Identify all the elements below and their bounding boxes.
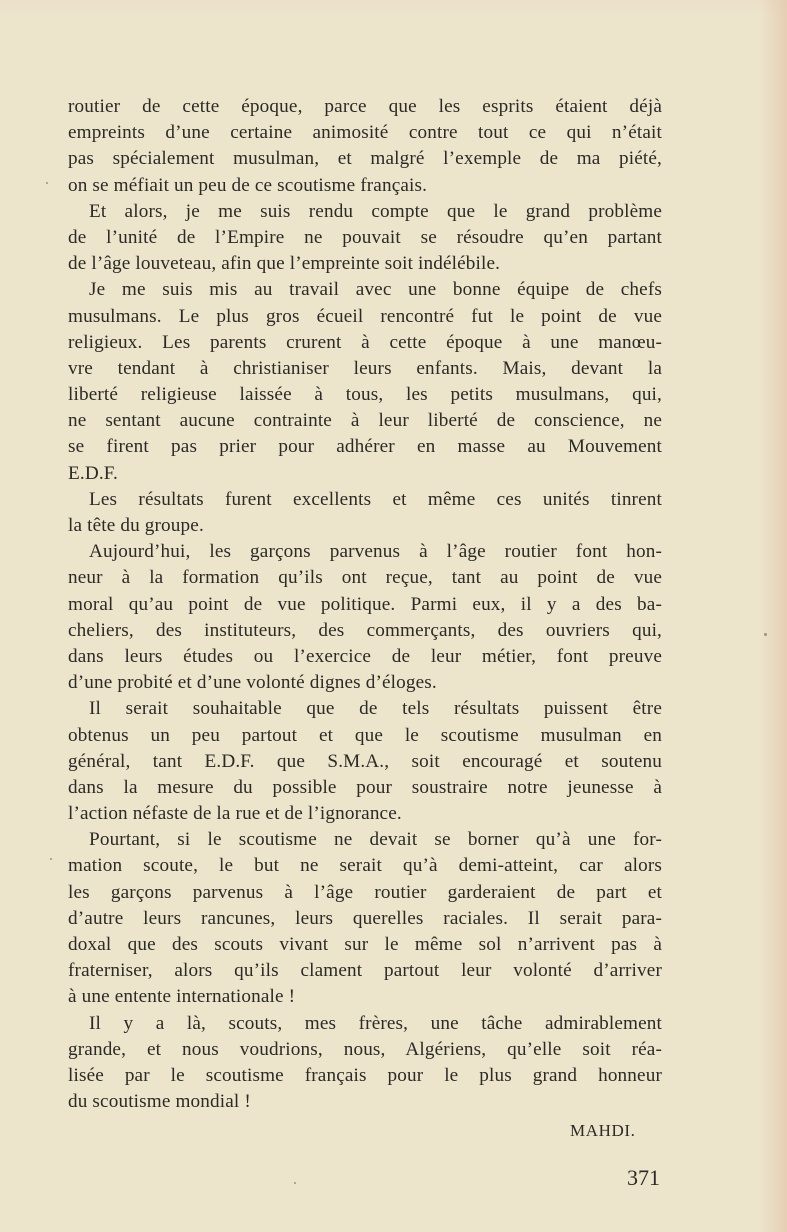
text-line: Pourtant, si le scoutisme ne devait se b… [68,827,662,853]
text-line: Les résultats furent excellents et même … [68,487,662,513]
scan-speck [50,858,52,860]
text-line: se firent pas prier pour adhérer en mass… [68,434,662,460]
text-line: musulmans. Le plus gros écueil rencontré… [68,304,662,330]
text-line: les garçons parvenus à l’âge routier gar… [68,880,662,906]
scanned-page: routier de cette époque, parce que les e… [0,0,787,1232]
text-line: ne sentant aucune contrainte à leur libe… [68,408,662,434]
text-line: neur à la formation qu’ils ont reçue, ta… [68,565,662,591]
text-line: obtenus un peu partout et que le scoutis… [68,723,662,749]
text-line: dans leurs études ou l’exercice de leur … [68,644,662,670]
paragraph: Je me suis mis au travail avec une bonne… [68,277,662,487]
text-line: la tête du groupe. [68,513,662,539]
text-line: à une entente internationale ! [68,984,662,1010]
text-line: moral qu’au point de vue politique. Parm… [68,592,662,618]
text-line: d’une probité et d’une volonté dignes d’… [68,670,662,696]
text-line: E.D.F. [68,461,662,487]
paragraph: Il serait souhaitable que de tels résult… [68,696,662,827]
text-line: mation scoute, le but ne serait qu’à dem… [68,853,662,879]
text-line: du scoutisme mondial ! [68,1089,662,1115]
text-line: Aujourd’hui, les garçons parvenus à l’âg… [68,539,662,565]
scan-speck [764,633,767,636]
text-line: doxal que des scouts vivant sur le même … [68,932,662,958]
text-line: lisée par le scoutisme français pour le … [68,1063,662,1089]
text-line: fraterniser, alors qu’ils clament partou… [68,958,662,984]
text-line: d’autre leurs rancunes, leurs querelles … [68,906,662,932]
text-line: de l’unité de l’Empire ne pouvait se rés… [68,225,662,251]
paragraph: Les résultats furent excellents et même … [68,487,662,539]
text-line: routier de cette époque, parce que les e… [68,94,662,120]
text-line: de l’âge louveteau, afin que l’empreinte… [68,251,662,277]
text-line: cheliers, des instituteurs, des commerça… [68,618,662,644]
text-line: général, tant E.D.F. que S.M.A., soit en… [68,749,662,775]
text-line: Il serait souhaitable que de tels résult… [68,696,662,722]
paragraph: Et alors, je me suis rendu compte que le… [68,199,662,278]
text-line: Et alors, je me suis rendu compte que le… [68,199,662,225]
scan-speck [294,1182,296,1184]
paragraph: Il y a là, scouts, mes frères, une tâche… [68,1011,662,1116]
text-line: dans la mesure du possible pour soustrai… [68,775,662,801]
text-line: on se méfiait un peu de ce scoutisme fra… [68,173,662,199]
text-line: pas spécialement musulman, et malgré l’e… [68,146,662,172]
text-line: empreints d’une certaine animosité contr… [68,120,662,146]
text-line: vre tendant à christianiser leurs enfant… [68,356,662,382]
text-line: Je me suis mis au travail avec une bonne… [68,277,662,303]
text-line: religieux. Les parents crurent à cette é… [68,330,662,356]
text-line: liberté religieuse laissée à tous, les p… [68,382,662,408]
paragraph: routier de cette époque, parce que les e… [68,94,662,199]
page-number: 371 [627,1165,660,1191]
paragraph: Aujourd’hui, les garçons parvenus à l’âg… [68,539,662,696]
paragraph: Pourtant, si le scoutisme ne devait se b… [68,827,662,1010]
text-line: l’action néfaste de la rue et de l’ignor… [68,801,662,827]
author-signature: MAHDI. [570,1121,635,1141]
text-line: grande, et nous voudrions, nous, Algérie… [68,1037,662,1063]
scan-speck [46,182,48,184]
body-text: routier de cette époque, parce que les e… [68,94,662,1115]
text-line: Il y a là, scouts, mes frères, une tâche… [68,1011,662,1037]
